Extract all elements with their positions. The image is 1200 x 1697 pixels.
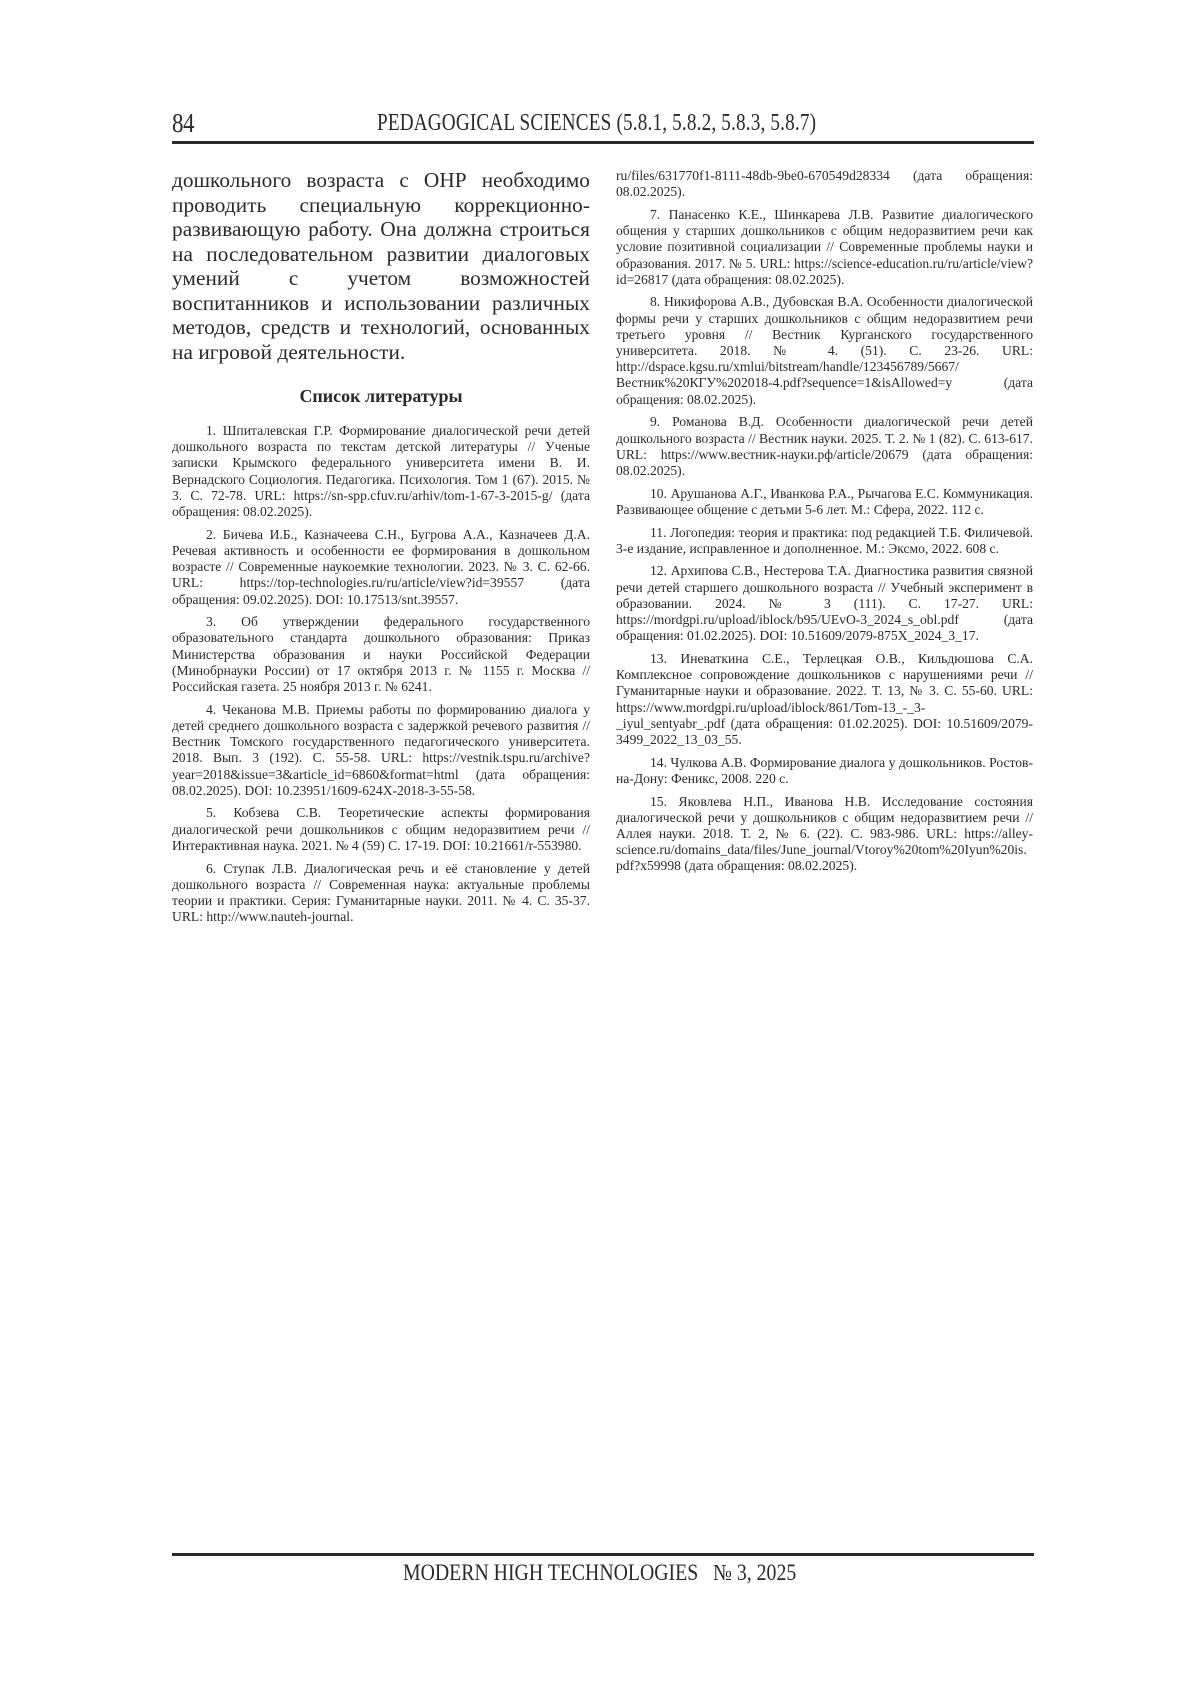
reference-item-1: 1. Шпиталевская Г.Р. Формирование диалог… (172, 423, 590, 520)
page-number: 84 (172, 108, 194, 139)
left-column: дошкольного возраста с ОНР необходимо пр… (172, 168, 590, 932)
reference-item-3: 3. Об утверждении федерального государст… (172, 614, 590, 695)
body-paragraph: дошкольного возраста с ОНР необходимо пр… (172, 168, 590, 364)
reference-item-6: 6. Ступак Л.В. Диалогическая речь и её с… (172, 861, 590, 926)
reference-item-11: 11. Логопедия: теория и практика: под ре… (616, 525, 1033, 557)
reference-item-12: 12. Архипова С.В., Нестерова Т.А. Диагно… (616, 563, 1033, 644)
footer-rule (172, 1553, 1034, 1556)
references-heading: Список литературы (172, 386, 590, 407)
reference-item-7: 7. Панасенко К.Е., Шинкарева Л.В. Развит… (616, 207, 1033, 288)
reference-item-2: 2. Бичева И.Б., Казначеева С.Н., Бугрова… (172, 527, 590, 608)
running-header: 84 PEDAGOGICAL SCIENCES (5.8.1, 5.8.2, 5… (172, 106, 1034, 142)
right-column: ru/files/631770f1-8111-48db-9be0-670549d… (616, 168, 1033, 881)
reference-item-8: 8. Никифорова А.В., Дубовская В.А. Особе… (616, 294, 1033, 407)
reference-item-6-continuation: ru/files/631770f1-8111-48db-9be0-670549d… (616, 168, 1033, 200)
reference-item-14: 14. Чулкова А.В. Формирование диалога у … (616, 755, 1033, 787)
reference-item-4: 4. Чеканова М.В. Приемы работы по формир… (172, 702, 590, 799)
reference-item-13: 13. Иневаткина С.Е., Терлецкая О.В., Кил… (616, 651, 1033, 748)
section-title: PEDAGOGICAL SCIENCES (5.8.1, 5.8.2, 5.8.… (377, 110, 816, 137)
reference-item-5: 5. Кобзева С.В. Теоретические аспекты фо… (172, 805, 590, 854)
journal-name: MODERN HIGH TECHNOLOGIES № 3, 2025 (403, 1560, 796, 1586)
header-rule (172, 141, 1034, 144)
reference-item-15: 15. Яковлева Н.П., Иванова Н.В. Исследов… (616, 794, 1033, 875)
reference-item-10: 10. Арушанова А.Г., Иванкова Р.А., Рычаг… (616, 486, 1033, 518)
journal-footer: MODERN HIGH TECHNOLOGIES № 3, 2025 (0, 1560, 1200, 1586)
reference-item-9: 9. Романова В.Д. Особенности диалогическ… (616, 414, 1033, 479)
